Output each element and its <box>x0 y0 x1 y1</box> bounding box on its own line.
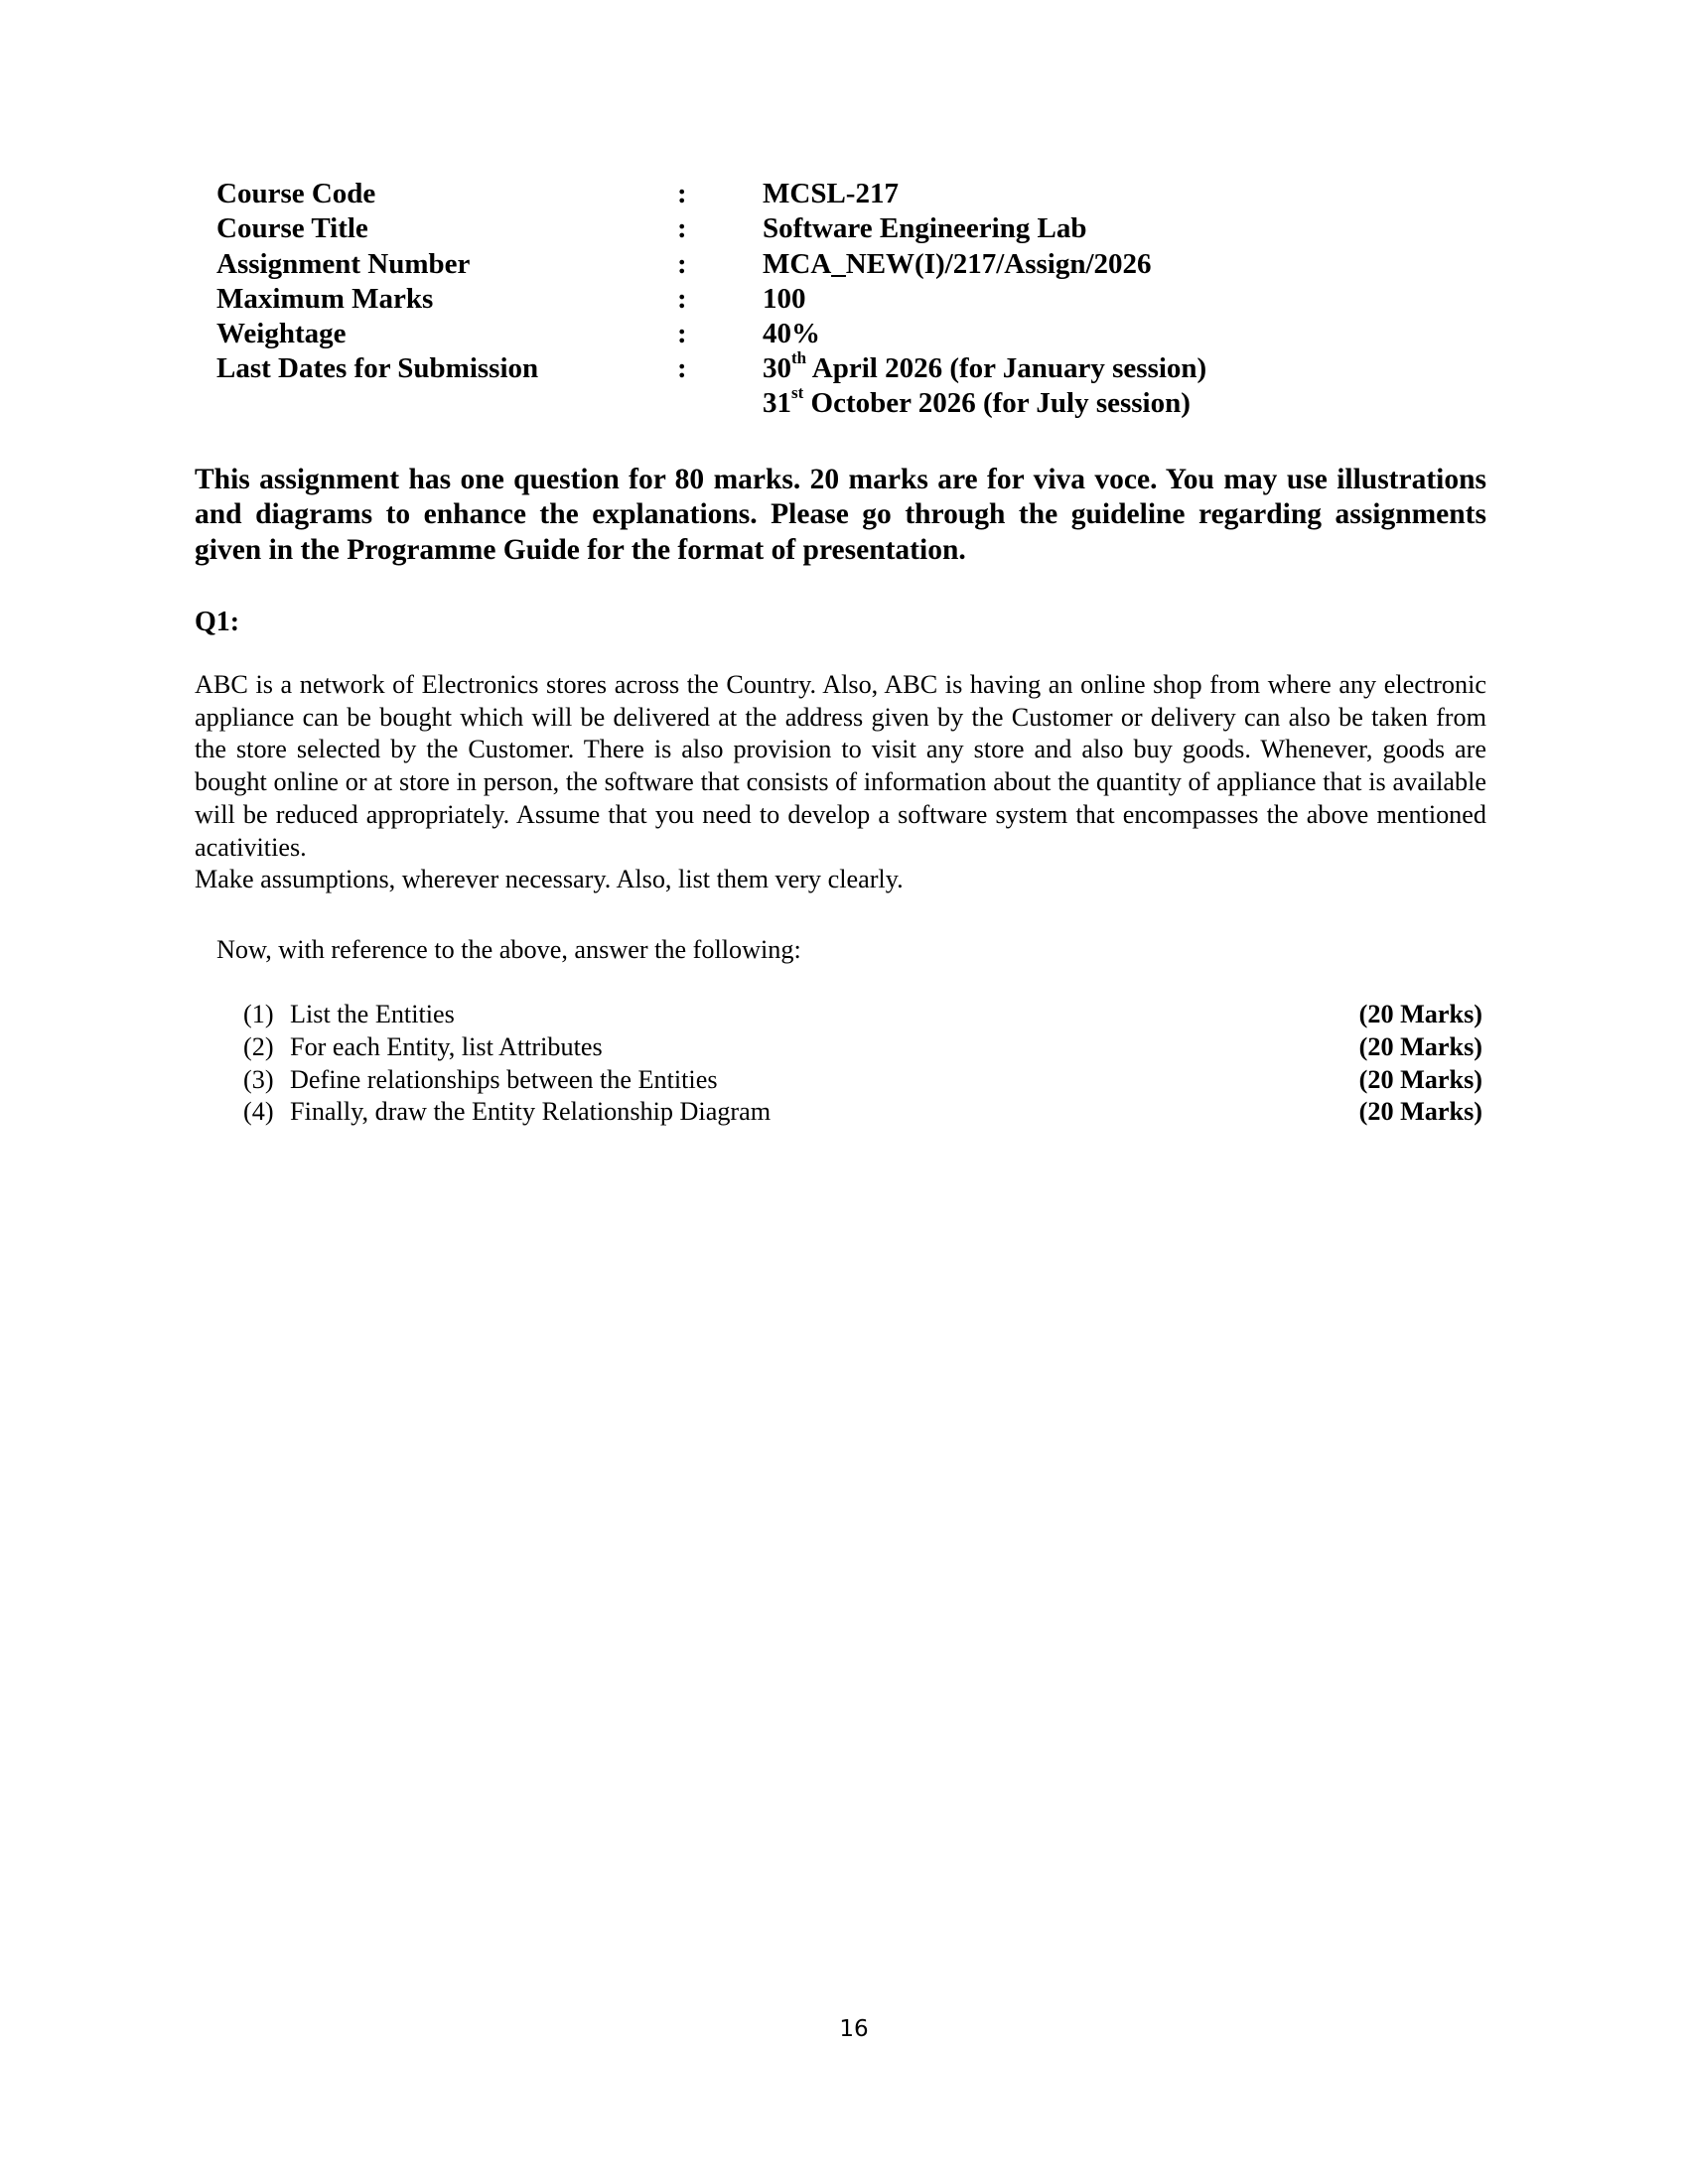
question-scenario: ABC is a network of Electronics stores a… <box>195 669 1486 896</box>
task-item: (1) List the Entities (20 Marks) <box>243 999 1482 1031</box>
task-number: (1) <box>243 999 274 1031</box>
question-label: Q1: <box>195 605 239 639</box>
info-colon: : <box>677 211 687 246</box>
submission-dates: 30th April 2026 (for January session) 31… <box>763 351 1206 421</box>
page-number: 16 <box>0 2015 1688 2043</box>
info-value: 40% <box>763 317 820 351</box>
info-label: Weightage <box>216 317 347 351</box>
info-label: Assignment Number <box>216 247 470 282</box>
task-text: List the Entities <box>290 999 455 1031</box>
info-value: MCSL-217 <box>763 177 899 211</box>
task-text: For each Entity, list Attributes <box>290 1031 603 1064</box>
info-label: Course Title <box>216 211 368 246</box>
task-list: (1) List the Entities (20 Marks) (2) For… <box>243 999 1482 1129</box>
task-number: (2) <box>243 1031 274 1064</box>
submission-date-july: 31st October 2026 (for July session) <box>763 386 1206 421</box>
date-day: 30 <box>763 352 791 384</box>
info-value: Software Engineering Lab <box>763 211 1087 246</box>
info-label: Maximum Marks <box>216 282 433 317</box>
submission-date-january: 30th April 2026 (for January session) <box>763 351 1206 386</box>
info-value: 100 <box>763 282 806 317</box>
task-number: (3) <box>243 1064 274 1097</box>
info-label: Last Dates for Submission <box>216 351 538 386</box>
info-colon: : <box>677 351 687 386</box>
question-instruction: Now, with reference to the above, answer… <box>216 934 801 966</box>
date-day: 31 <box>763 387 791 419</box>
date-text: April 2026 (for January session) <box>806 352 1206 384</box>
info-colon: : <box>677 247 687 282</box>
document-page: Course Code : MCSL-217 Course Title : So… <box>0 0 1688 2184</box>
info-colon: : <box>677 317 687 351</box>
date-suffix: st <box>791 383 803 402</box>
task-marks: (20 Marks) <box>1359 1096 1482 1129</box>
task-text: Finally, draw the Entity Relationship Di… <box>290 1096 771 1129</box>
intro-paragraph: This assignment has one question for 80 … <box>195 463 1486 568</box>
info-colon: : <box>677 177 687 211</box>
task-item: (4) Finally, draw the Entity Relationshi… <box>243 1096 1482 1129</box>
date-text: October 2026 (for July session) <box>803 387 1191 419</box>
task-number: (4) <box>243 1096 274 1129</box>
task-marks: (20 Marks) <box>1359 1064 1482 1097</box>
task-marks: (20 Marks) <box>1359 1031 1482 1064</box>
date-suffix: th <box>791 348 806 367</box>
info-label: Course Code <box>216 177 375 211</box>
info-value: MCA_NEW(I)/217/Assign/2026 <box>763 247 1152 282</box>
task-item: (2) For each Entity, list Attributes (20… <box>243 1031 1482 1064</box>
assumptions-text: Make assumptions, wherever necessary. Al… <box>195 864 1486 896</box>
task-text: Define relationships between the Entitie… <box>290 1064 718 1097</box>
scenario-text: ABC is a network of Electronics stores a… <box>195 670 1486 862</box>
task-item: (3) Define relationships between the Ent… <box>243 1064 1482 1097</box>
info-colon: : <box>677 282 687 317</box>
task-marks: (20 Marks) <box>1359 999 1482 1031</box>
